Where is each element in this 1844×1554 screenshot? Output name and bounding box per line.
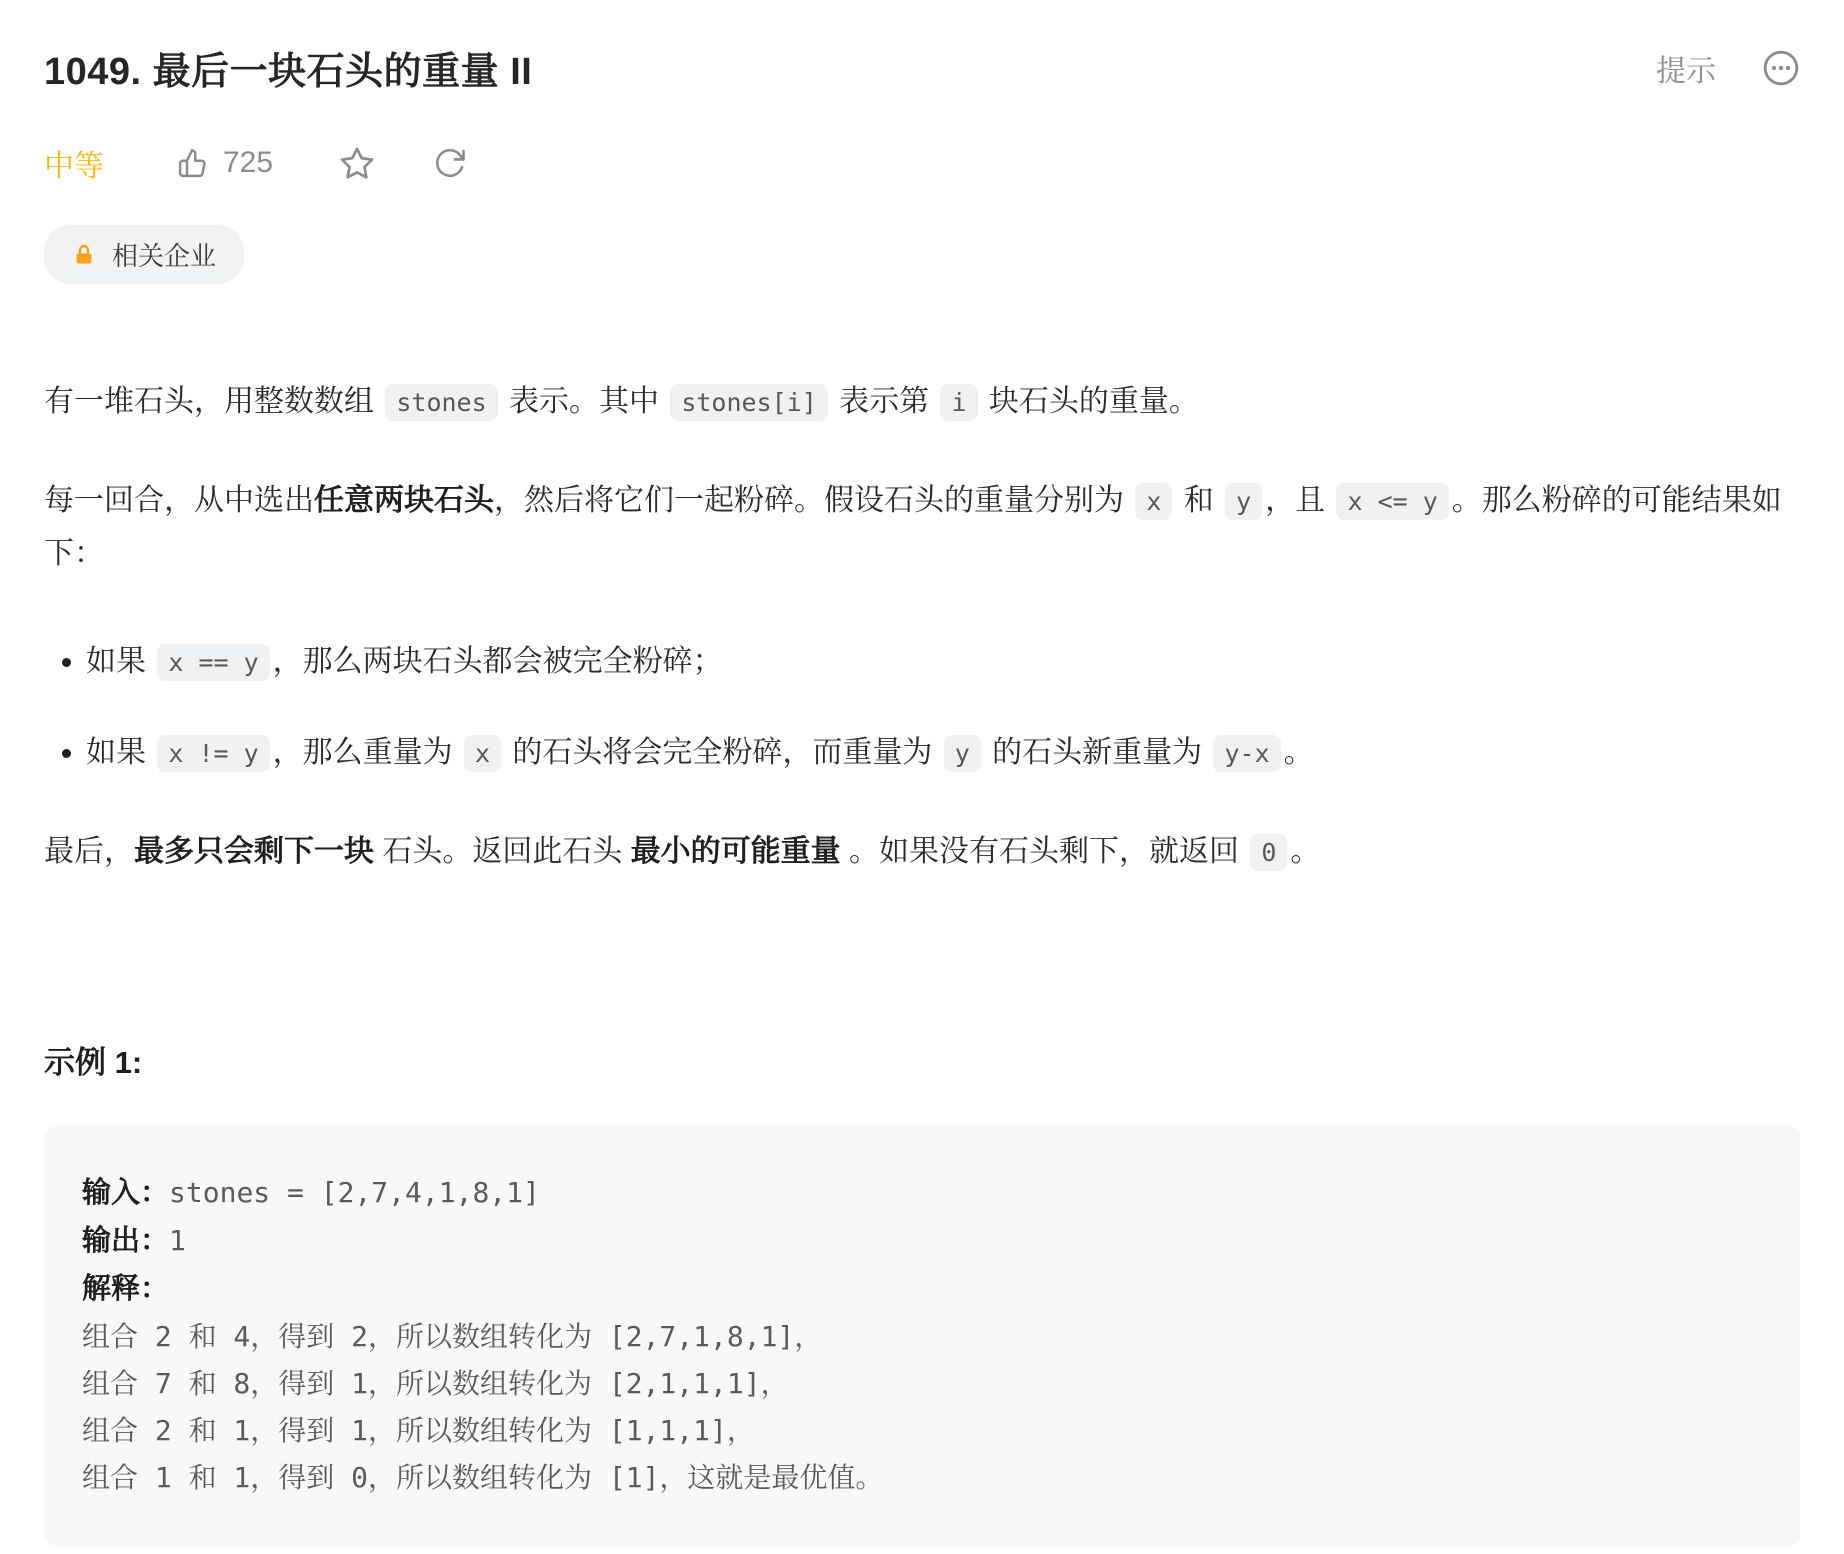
inline-code: x <= y [1336, 483, 1448, 520]
text-segment: 如果 [86, 645, 154, 678]
inline-code: y [1225, 483, 1262, 520]
share-icon[interactable] [433, 146, 467, 180]
bold-text: 输入： [82, 1177, 169, 1209]
problem-header: 1049. 最后一块石头的重量 II 提示 [44, 40, 1800, 95]
bold-text: 解释： [82, 1273, 169, 1305]
example-input-line: 输入：stones = [2,7,4,1,8,1] [82, 1169, 1762, 1217]
text-segment: 组合 2 和 1，得到 1，所以数组转化为 [1,1,1]， [82, 1414, 755, 1447]
text-segment: 表示。其中 [501, 385, 668, 418]
bold-text: 最多只会剩下一块 [134, 835, 374, 868]
page-title: 1049. 最后一块石头的重量 II [44, 40, 532, 95]
text-segment: 如果 [86, 736, 154, 769]
more-options-icon[interactable] [1762, 49, 1800, 87]
text-segment: ，那么重量为 [273, 736, 461, 769]
list-item: 如果 x == y，那么两块石头都会被完全粉碎； [86, 636, 1800, 689]
text-segment: ，且 [1265, 484, 1333, 517]
text-segment: 组合 2 和 4，得到 2，所以数组转化为 [2,7,1,8,1]， [82, 1320, 822, 1353]
related-companies-button[interactable]: 相关企业 [44, 225, 244, 284]
lock-icon [72, 243, 96, 267]
description-paragraph: 每一回合，从中选出任意两块石头，然后将它们一起粉碎。假设石头的重量分别为 x 和… [44, 475, 1800, 580]
header-actions: 提示 [1656, 46, 1800, 90]
related-companies-label: 相关企业 [112, 236, 216, 273]
text-segment: 组合 7 和 8，得到 1，所以数组转化为 [2,1,1,1]， [82, 1367, 789, 1400]
inline-code: x [464, 735, 501, 772]
description-paragraph: 有一堆石头，用整数数组 stones 表示。其中 stones[i] 表示第 i… [44, 376, 1800, 429]
example-explain-line: 组合 7 和 8，得到 1，所以数组转化为 [2,1,1,1]， [82, 1360, 1762, 1407]
like-button[interactable]: 725 [176, 146, 273, 180]
example-output-line: 输出：1 [82, 1217, 1762, 1265]
inline-code: i [940, 384, 977, 421]
text-segment: 块石头的重量。 [981, 385, 1199, 418]
example-explain-line: 组合 1 和 1，得到 0，所以数组转化为 [1]，这就是最优值。 [82, 1454, 1762, 1501]
inline-code: 0 [1250, 834, 1287, 871]
example-code-block: 输入：stones = [2,7,4,1,8,1] 输出：1 解释： 组合 2 … [44, 1125, 1800, 1547]
text-segment: stones = [2,7,4,1,8,1] [169, 1176, 540, 1209]
text-segment: 有一堆石头，用整数数组 [44, 385, 382, 418]
text-segment: 的石头新重量为 [984, 736, 1211, 769]
text-segment: 石头。返回此石头 [374, 835, 631, 868]
text-segment: ，那么两块石头都会被完全粉碎； [273, 645, 723, 678]
thumbs-up-icon [176, 147, 209, 180]
like-count: 725 [223, 146, 273, 180]
example-explain-label: 解释： [82, 1265, 1762, 1313]
text-segment: ，然后将它们一起粉碎。假设石头的重量分别为 [494, 484, 1132, 517]
text-segment: 每一回合，从中选出 [44, 484, 314, 517]
bold-text: 最小的可能重量 [631, 835, 841, 868]
inline-code: x == y [157, 644, 269, 681]
star-icon[interactable] [339, 145, 375, 181]
inline-code: x [1135, 483, 1172, 520]
problem-description: 有一堆石头，用整数数组 stones 表示。其中 stones[i] 表示第 i… [44, 376, 1800, 1547]
crush-rules-list: 如果 x == y，那么两块石头都会被完全粉碎； 如果 x != y，那么重量为… [44, 636, 1800, 780]
example-explain-line: 组合 2 和 1，得到 1，所以数组转化为 [1,1,1]， [82, 1407, 1762, 1454]
bold-text: 任意两块石头 [314, 484, 494, 517]
text-segment: 。 [1290, 835, 1320, 868]
text-segment: 最后， [44, 835, 134, 868]
example-heading: 示例 1: [44, 1037, 1800, 1089]
inline-code: y [944, 735, 981, 772]
inline-code: x != y [157, 735, 269, 772]
inline-code: stones [385, 384, 497, 421]
inline-code: stones[i] [670, 384, 827, 421]
example-explain-line: 组合 2 和 4，得到 2，所以数组转化为 [2,7,1,8,1]， [82, 1313, 1762, 1360]
text-segment: 的石头将会完全粉碎，而重量为 [504, 736, 941, 769]
hint-button[interactable]: 提示 [1656, 46, 1716, 90]
text-segment: 1 [169, 1224, 186, 1257]
inline-code: y-x [1213, 735, 1280, 772]
text-segment: 组合 1 和 1，得到 0，所以数组转化为 [1]，这就是最优值。 [82, 1461, 883, 1494]
meta-row: 中等 725 [44, 141, 1800, 185]
text-segment: 和 [1175, 484, 1222, 517]
description-paragraph: 最后，最多只会剩下一块 石头。返回此石头 最小的可能重量 。如果没有石头剩下，就… [44, 826, 1800, 879]
bold-text: 输出： [82, 1225, 169, 1257]
text-segment: 。 [1284, 736, 1314, 769]
list-item: 如果 x != y，那么重量为 x 的石头将会完全粉碎，而重量为 y 的石头新重… [86, 727, 1800, 780]
difficulty-badge: 中等 [44, 141, 104, 185]
text-segment: 表示第 [831, 385, 938, 418]
text-segment: 。如果没有石头剩下，就返回 [841, 835, 1248, 868]
